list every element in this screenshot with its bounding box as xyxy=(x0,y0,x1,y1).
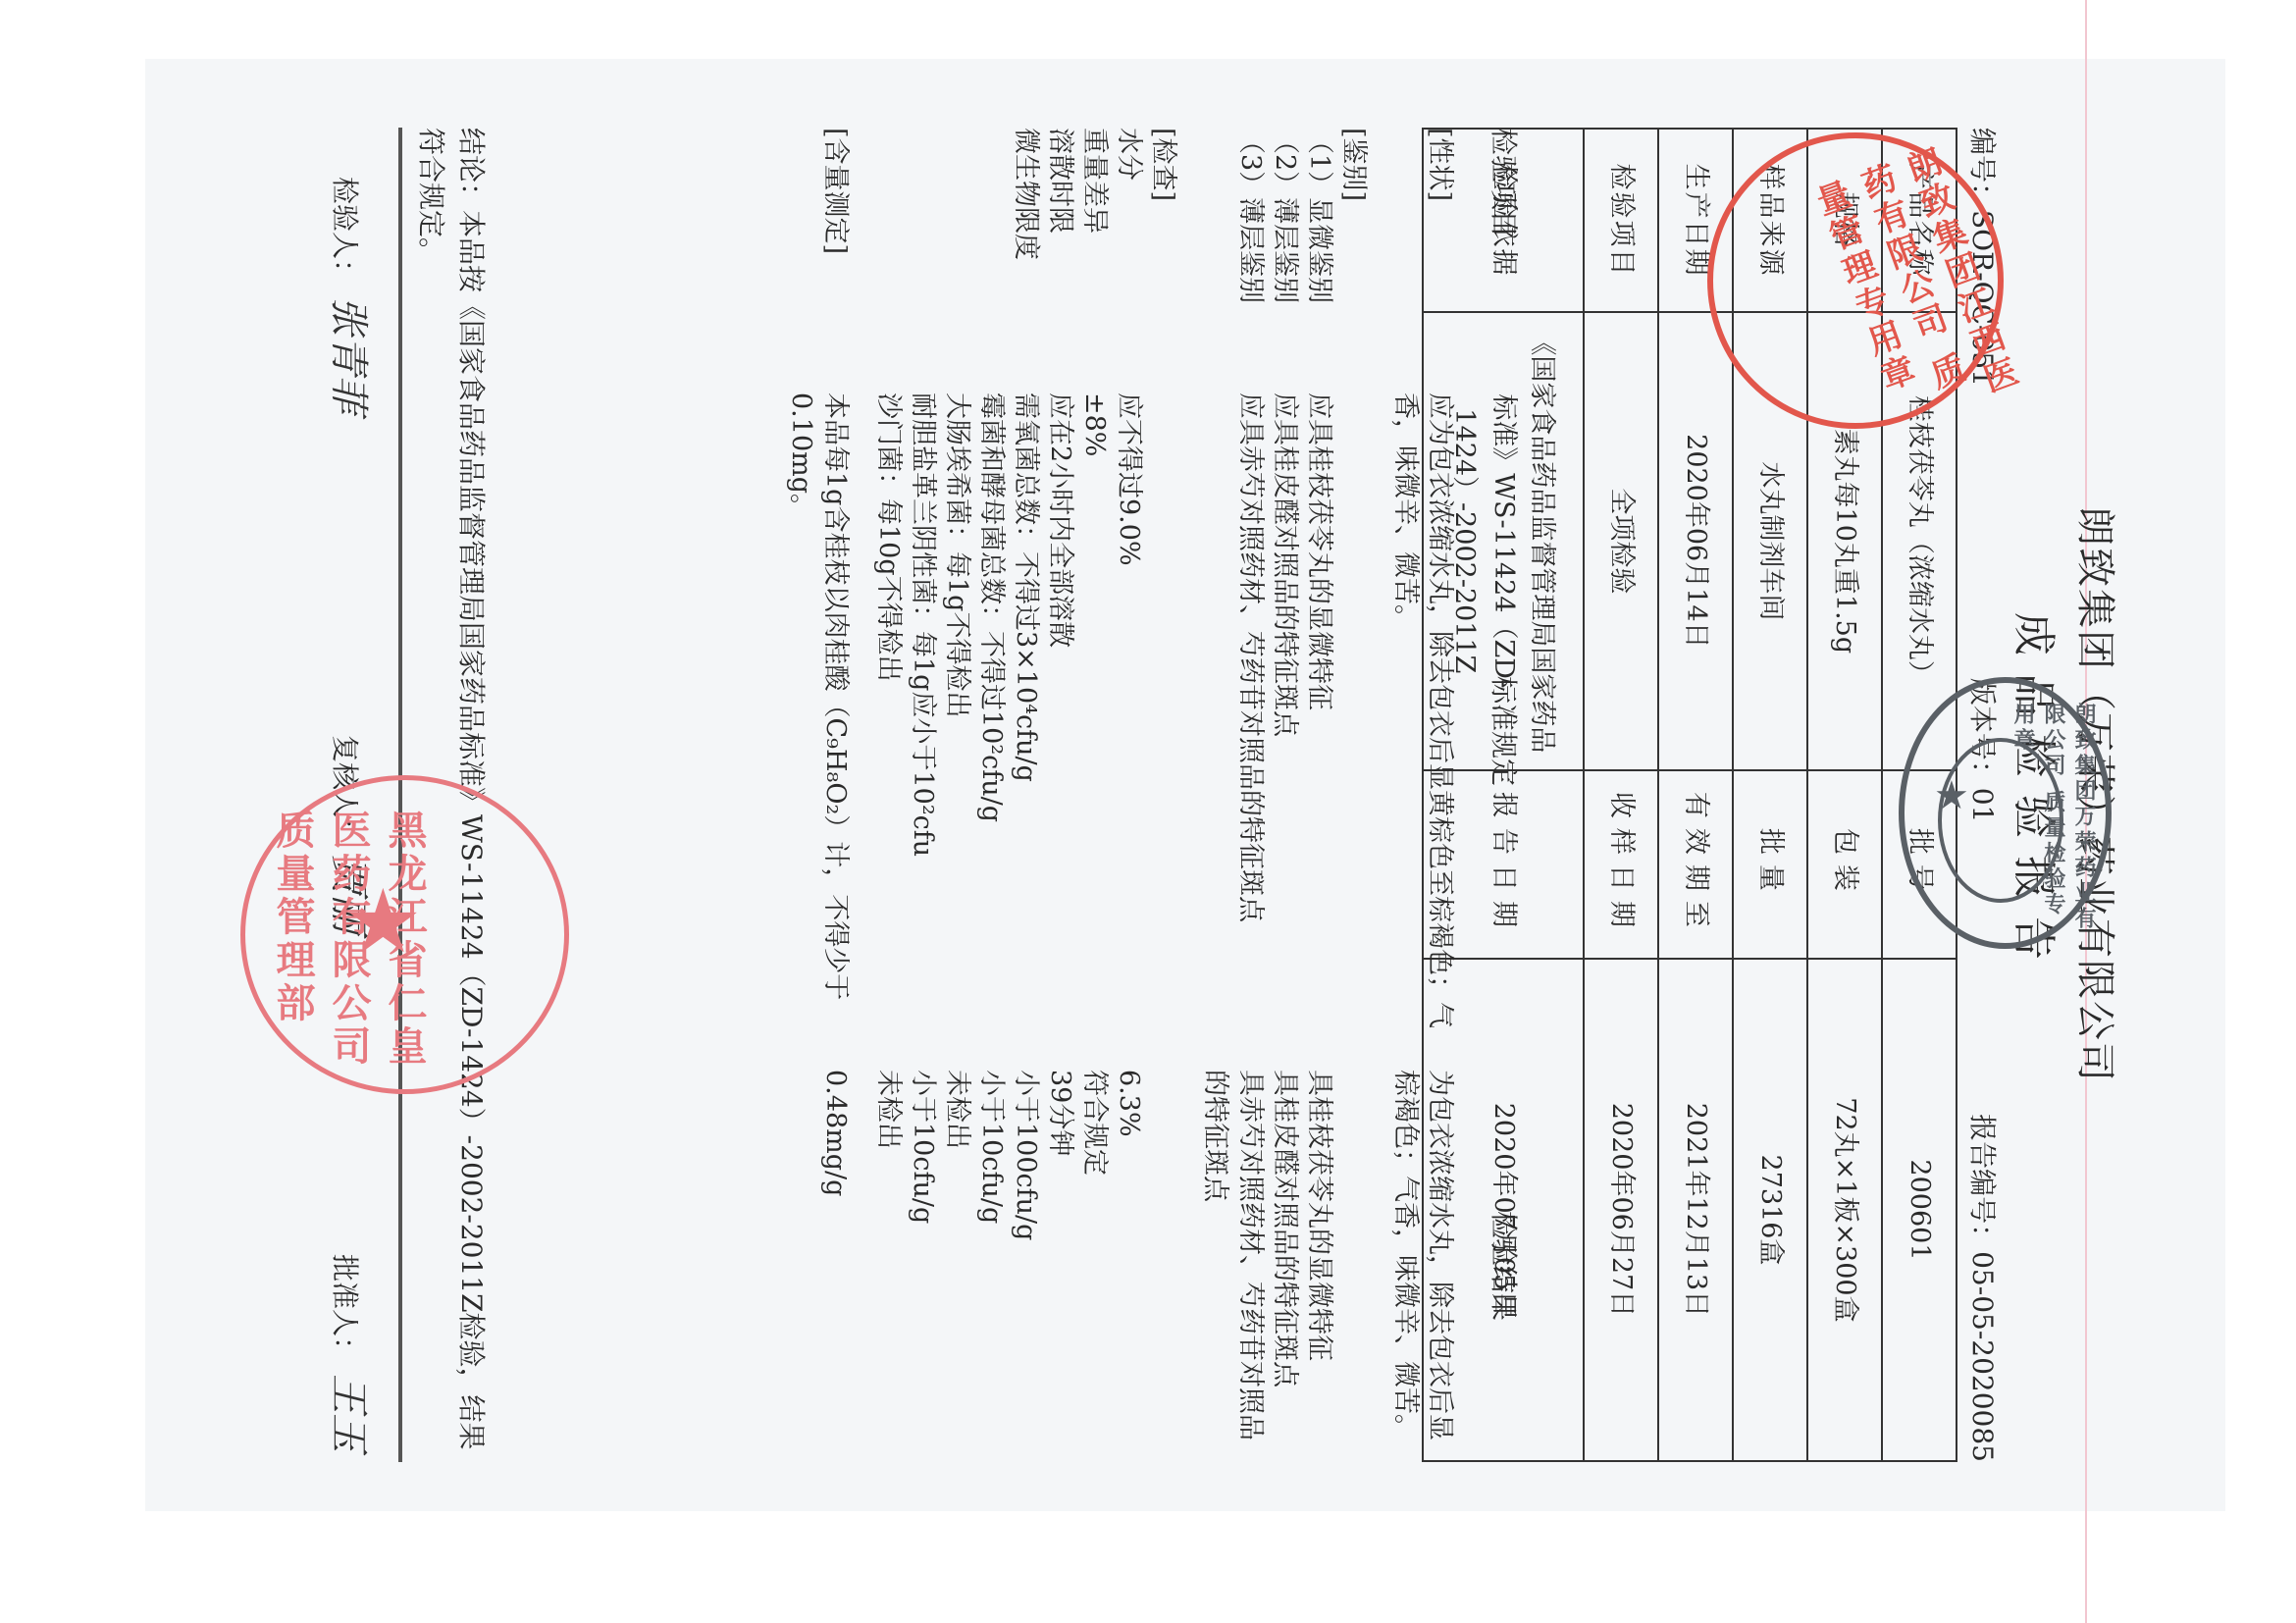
result-cell: 小于100cfu/g xyxy=(1009,1070,1043,1462)
info-value-2: 2020年06月27日 xyxy=(1584,959,1658,1461)
info-value-2: 200601 xyxy=(1882,959,1957,1461)
section-row: [检查] xyxy=(1146,128,1180,1462)
standard-cell: 沙门菌：每10g不得检出 xyxy=(871,393,906,1070)
section-gap xyxy=(1180,128,1198,1462)
section-row: [鉴别] xyxy=(1336,128,1371,1462)
table-row: 微生物限度需氧菌总数：不得过3×10⁴cfu/g小于100cfu/g xyxy=(1009,128,1043,1462)
standard-cell: 应在2小时内全部溶散 xyxy=(1043,393,1077,1070)
result-cell: 39分钟 xyxy=(1043,1070,1077,1462)
item-cell xyxy=(906,128,940,393)
standard-cell: 应具桂枝茯苓丸的显微特征 xyxy=(1302,393,1336,1070)
inspection-items-body: [性状]应为包衣浓缩水丸，除去包衣后显黄棕色至棕褐色；气香，味微辛、微苦。为包衣… xyxy=(766,128,1457,1462)
result-cell: 6.3% xyxy=(1112,1070,1146,1462)
section-title: [含量测定] xyxy=(784,128,853,393)
info-value: 2020年06月14日 xyxy=(1658,312,1733,770)
table-row: 耐胆盐革兰阴性菌：每1g应小于10²cfu小于10cfu/g xyxy=(906,128,940,1462)
item-cell xyxy=(871,128,906,393)
standard-cell: 大肠埃希菌：每1g不得检出 xyxy=(940,393,974,1070)
section-gap xyxy=(766,128,784,1462)
inspector-signature: 检验人： 张青菲 xyxy=(324,177,373,414)
standard-cell: 应不得过9.0% xyxy=(1112,393,1146,1070)
result-cell: 具赤芍对照药材、芍药苷对照品的特征斑点 xyxy=(1198,1070,1267,1462)
result-cell: 0.48mg/g xyxy=(784,1070,853,1462)
inspector-label: 检验人： xyxy=(328,177,362,287)
red-seal-bottom-text: 黑龙江省仁皇医药有限公司 质量管理部 xyxy=(265,810,433,1089)
result-cell: 具桂皮醛对照品的特征斑点 xyxy=(1268,1070,1302,1462)
standard-cell: ±8% xyxy=(1077,393,1112,1070)
standard-cell: 应为包衣浓缩水丸，除去包衣后显黄棕色至棕褐色；气香，味微辛、微苦。 xyxy=(1388,393,1457,1070)
section-gap xyxy=(1371,128,1388,1462)
item-cell: （1）显微鉴别 xyxy=(1302,128,1336,393)
result-cell: 未检出 xyxy=(871,1070,906,1462)
section-row: [性状]应为包衣浓缩水丸，除去包衣后显黄棕色至棕褐色；气香，味微辛、微苦。为包衣… xyxy=(1388,128,1457,1462)
table-row: 重量差异±8%符合规定 xyxy=(1077,128,1112,1462)
table-row: （3）薄层鉴别应具赤芍对照药材、芍药苷对照品的特征斑点具赤芍对照药材、芍药苷对照… xyxy=(1198,128,1267,1462)
table-row: （2）薄层鉴别应具桂皮醛对照品的特征斑点具桂皮醛对照品的特征斑点 xyxy=(1268,128,1302,1462)
approver-signature: 批准人： 王玉 xyxy=(324,1254,373,1452)
info-label-2: 收样日期 xyxy=(1584,770,1658,959)
table-row: 溶散时限应在2小时内全部溶散39分钟 xyxy=(1043,128,1077,1462)
red-seal-bottom: ★ 黑龙江省仁皇医药有限公司 质量管理部 xyxy=(240,775,569,1094)
item-cell: 重量差异 xyxy=(1077,128,1112,393)
standard-cell: 需氧菌总数：不得过3×10⁴cfu/g xyxy=(1009,393,1043,1070)
result-cell: 未检出 xyxy=(940,1070,974,1462)
header-item: 检验项目 xyxy=(1487,128,1521,393)
report-number: 报告编号：05-05-2020085 xyxy=(1965,1114,2000,1462)
info-value-2: 72丸×1板×300盒 xyxy=(1807,959,1882,1461)
standard-cell: 霉菌和酵母菌总数：不得过10²cfu/g xyxy=(974,393,1009,1070)
grey-seal-text: 朗致集团万荣药业有限公司 质量检验专用章 xyxy=(2009,703,2100,943)
inspection-items: 检验项目 标准规定 检验结果 [性状]应为包衣浓缩水丸，除去包衣后显黄棕色至棕褐… xyxy=(766,128,1521,1462)
standard-cell: 应具桂皮醛对照品的特征斑点 xyxy=(1268,393,1302,1070)
item-cell: （2）薄层鉴别 xyxy=(1268,128,1302,393)
item-cell xyxy=(940,128,974,393)
section-row: [含量测定]本品每1g含桂枝以肉桂酸（C₉H₈O₂）计，不得少于0.10mg。0… xyxy=(784,128,853,1462)
result-cell: 具桂枝茯苓丸的显微特征 xyxy=(1302,1070,1336,1462)
star-icon: ★ xyxy=(1934,776,1969,815)
result-cell: 小于10cfu/g xyxy=(906,1070,940,1462)
result-cell: 符合规定 xyxy=(1077,1070,1112,1462)
table-row: 沙门菌：每10g不得检出未检出 xyxy=(871,128,906,1462)
section-title: [鉴别] xyxy=(1336,128,1371,393)
header-standard: 标准规定 xyxy=(1487,393,1521,1070)
info-value: 全项检验 xyxy=(1584,312,1658,770)
info-label-2: 批量 xyxy=(1733,770,1807,959)
info-row: 检验项目全项检验收样日期2020年06月27日 xyxy=(1584,129,1658,1461)
item-cell: 溶散时限 xyxy=(1043,128,1077,393)
info-label: 检验项目 xyxy=(1584,129,1658,312)
section-title: [检查] xyxy=(1146,128,1180,393)
red-seal-top: 朗致集团江西医药有限公司 质量管理专用章 xyxy=(1707,132,2004,429)
standard-cell: 耐胆盐革兰阴性菌：每1g应小于10²cfu xyxy=(906,393,940,1070)
item-cell: 水分 xyxy=(1112,128,1146,393)
table-row: （1）显微鉴别应具桂枝茯苓丸的显微特征具桂枝茯苓丸的显微特征 xyxy=(1302,128,1336,1462)
result-cell: 为包衣浓缩水丸，除去包衣后显棕褐色；气香，味微辛、微苦。 xyxy=(1388,1070,1457,1462)
info-value-2: 27316盒 xyxy=(1733,959,1807,1461)
info-label-2: 包装 xyxy=(1807,770,1882,959)
item-cell: （3）薄层鉴别 xyxy=(1198,128,1267,393)
table-row: 大肠埃希菌：每1g不得检出未检出 xyxy=(940,128,974,1462)
section-gap xyxy=(854,128,871,1462)
item-cell xyxy=(974,128,1009,393)
info-label-2: 有效期至 xyxy=(1658,770,1733,959)
approver-label: 批准人： xyxy=(328,1254,362,1364)
inspection-items-header: 检验项目 标准规定 检验结果 xyxy=(1487,128,1521,1462)
standard-cell: 应具赤芍对照药材、芍药苷对照品的特征斑点 xyxy=(1198,393,1267,1070)
header-result: 检验结果 xyxy=(1487,1070,1521,1462)
section-title: [性状] xyxy=(1388,128,1457,393)
item-cell: 微生物限度 xyxy=(1009,128,1043,393)
table-row: 水分应不得过9.0%6.3% xyxy=(1112,128,1146,1462)
info-value-2: 2021年12月13日 xyxy=(1658,959,1733,1461)
inspector-name: 张青菲 xyxy=(324,296,373,414)
approver-name: 王玉 xyxy=(324,1374,373,1452)
grey-seal: ★ 朗致集团万荣药业有限公司 质量检验专用章 xyxy=(1899,677,2112,949)
standard-cell: 本品每1g含桂枝以肉桂酸（C₉H₈O₂）计，不得少于0.10mg。 xyxy=(784,393,853,1070)
table-row: 霉菌和酵母菌总数：不得过10²cfu/g小于10cfu/g xyxy=(974,128,1009,1462)
result-cell: 小于10cfu/g xyxy=(974,1070,1009,1462)
